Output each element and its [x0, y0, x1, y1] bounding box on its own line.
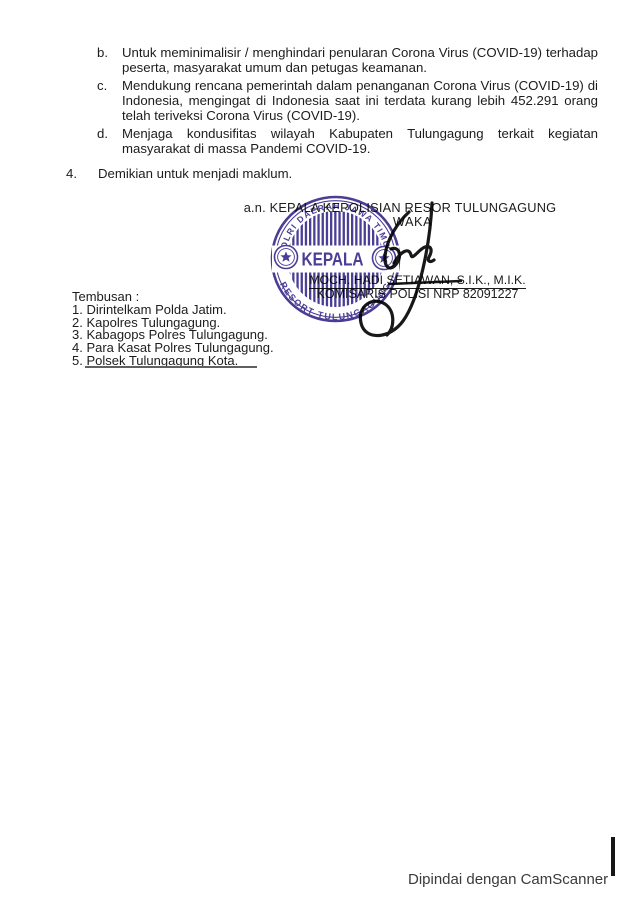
- stamp-left-emblem-icon: [275, 246, 298, 269]
- lettered-list: b. Untuk meminimalisir / menghindari pen…: [97, 45, 598, 159]
- item-text: Mendukung rencana pemerintah dalam penan…: [122, 78, 598, 123]
- underline-mark: [85, 366, 257, 368]
- scanned-letter-page: b. Untuk meminimalisir / menghindari pen…: [0, 0, 636, 900]
- signature-ink: [338, 188, 483, 343]
- item-text: Untuk meminimalisir / menghindari penula…: [122, 45, 598, 75]
- closing-marker: 4.: [66, 166, 98, 181]
- scan-artifact-bar: [611, 837, 615, 876]
- item-text: Menjaga kondusifitas wilayah Kabupaten T…: [122, 126, 598, 156]
- tembusan-block: Tembusan : 1. Dirintelkam Polda Jatim. 2…: [72, 291, 274, 368]
- closing-text: Demikian untuk menjadi maklum.: [98, 166, 292, 181]
- item-marker: d.: [97, 126, 108, 141]
- signature-strikethrough: [389, 281, 461, 284]
- item-marker: c.: [97, 78, 107, 93]
- signature-stroke: [360, 203, 432, 336]
- list-item: c. Mendukung rencana pemerintah dalam pe…: [97, 78, 598, 123]
- closing-line: 4.Demikian untuk menjadi maklum.: [66, 166, 292, 181]
- list-item: b. Untuk meminimalisir / menghindari pen…: [97, 45, 598, 75]
- list-item: d. Menjaga kondusifitas wilayah Kabupate…: [97, 126, 598, 156]
- scanner-note: Dipindai dengan CamScanner: [408, 871, 608, 888]
- item-marker: b.: [97, 45, 108, 60]
